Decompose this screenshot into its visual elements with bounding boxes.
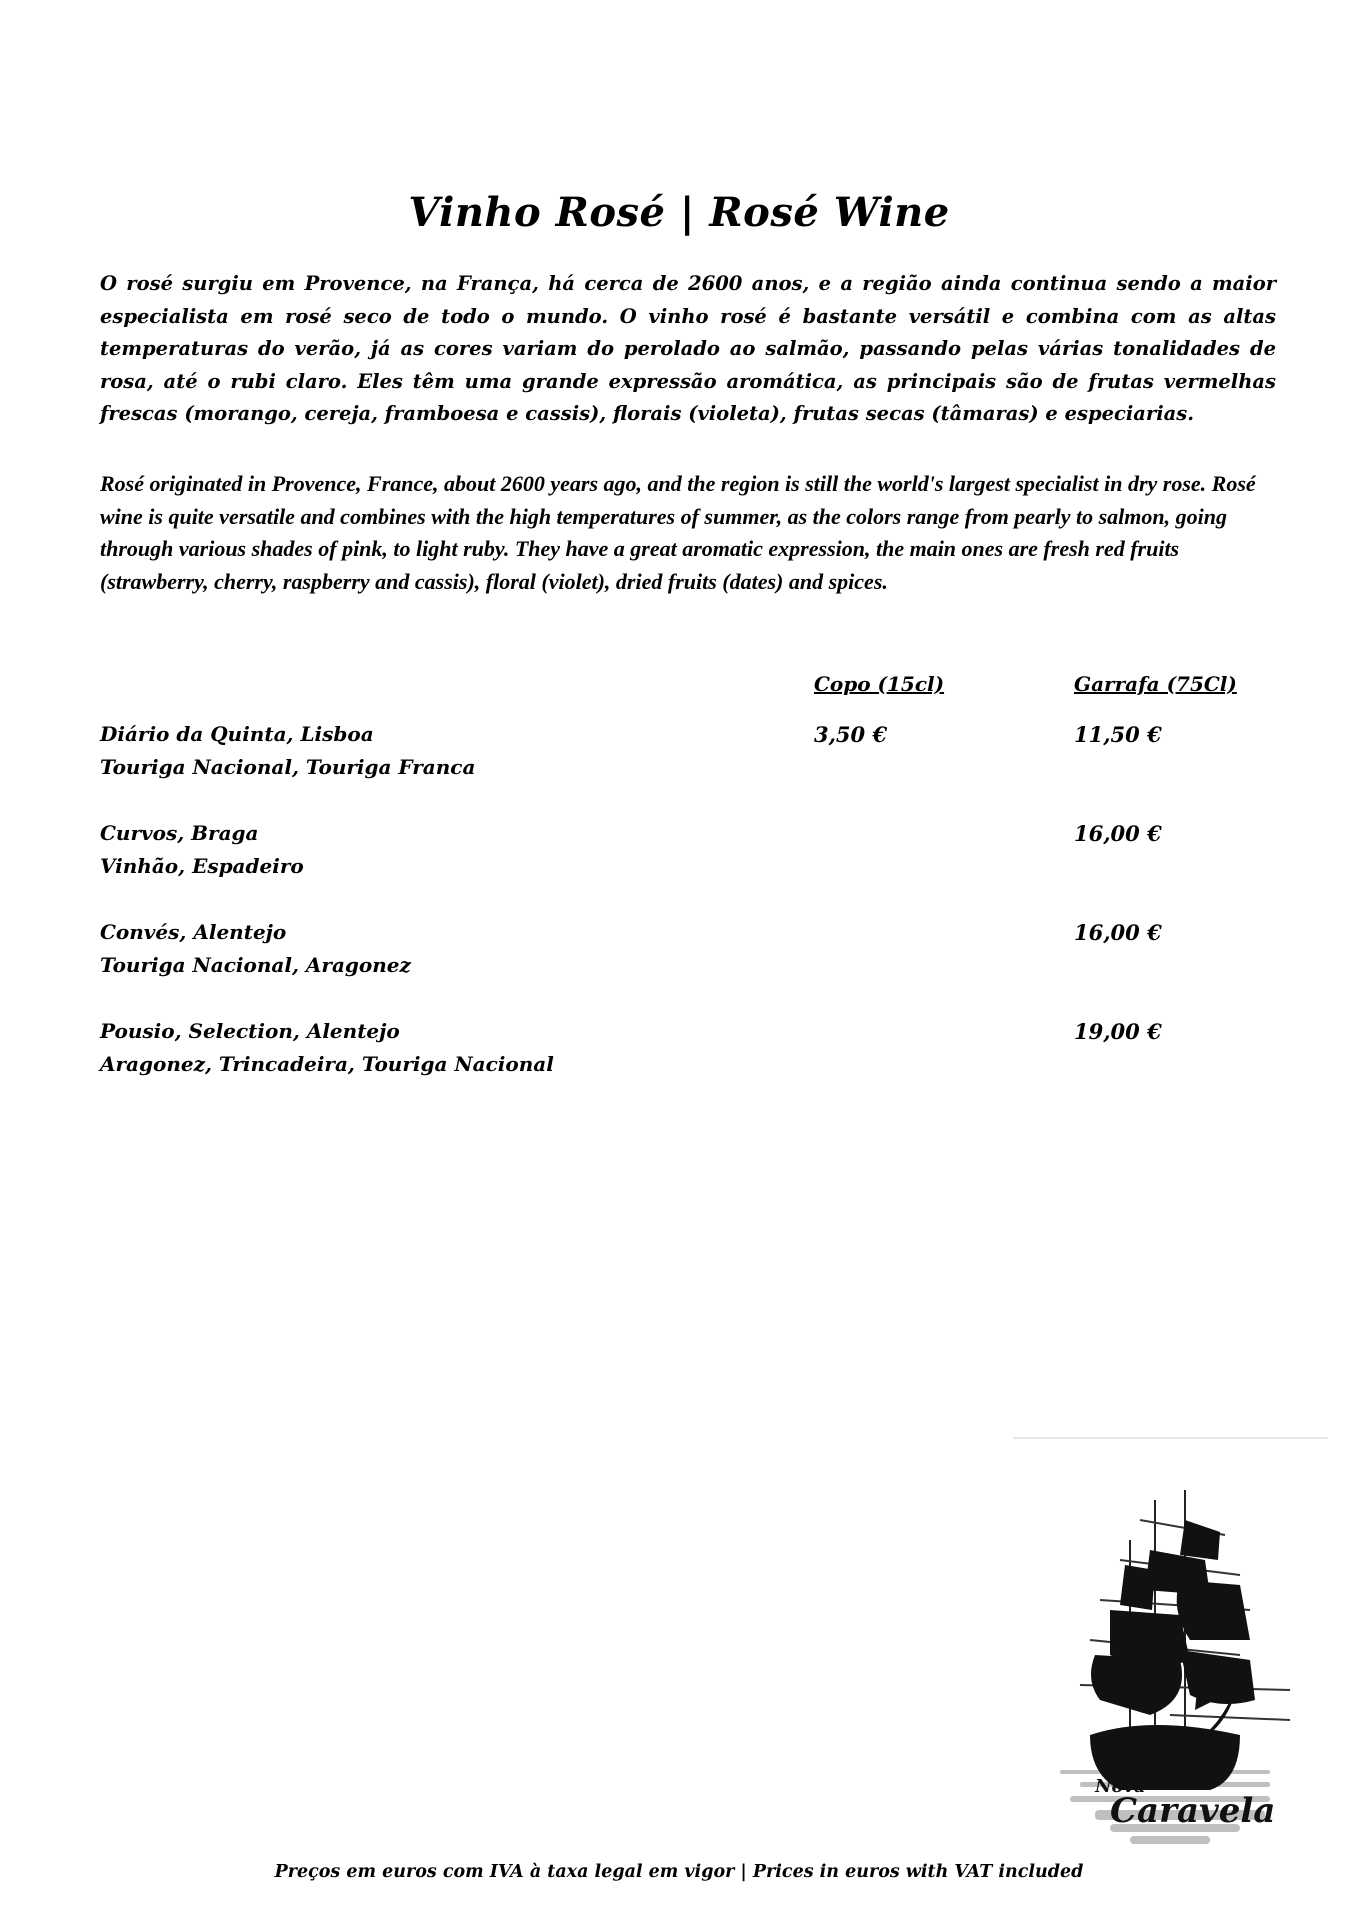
wine-name: Diário da Quinta, Lisboa	[100, 718, 800, 751]
column-header-glass: Copo (15cl)	[814, 672, 944, 696]
column-header-bottle: Garrafa (75Cl)	[1074, 672, 1237, 696]
divider	[1013, 1437, 1328, 1439]
bottle-price: 19,00 €	[1074, 1015, 1162, 1048]
glass-price: 3,50 €	[814, 718, 887, 751]
wine-grapes: Vinhão, Espadeiro	[100, 850, 800, 883]
intro-english: Rosé originated in Provence, France, abo…	[100, 468, 1276, 598]
nova-caravela-logo: Nova Caravela	[1040, 1460, 1300, 1860]
wine-name: Curvos, Braga	[100, 817, 800, 850]
wine-item: Convés, Alentejo Touriga Nacional, Arago…	[100, 916, 800, 982]
wine-grapes: Touriga Nacional, Aragonez	[100, 949, 800, 982]
wine-grapes: Aragonez, Trincadeira, Touriga Nacional	[100, 1048, 800, 1081]
wine-item: Pousio, Selection, Alentejo Aragonez, Tr…	[100, 1015, 800, 1081]
wine-item: Diário da Quinta, Lisboa Touriga Naciona…	[100, 718, 800, 784]
bottle-price: 16,00 €	[1074, 916, 1162, 949]
logo-text-caravela: Caravela	[1110, 1791, 1275, 1831]
ship-icon: Nova Caravela	[1040, 1460, 1300, 1860]
wine-name: Pousio, Selection, Alentejo	[100, 1015, 800, 1048]
wine-name: Convés, Alentejo	[100, 916, 800, 949]
bottle-price: 16,00 €	[1074, 817, 1162, 850]
footer-note: Preços em euros com IVA à taxa legal em …	[0, 1862, 1358, 1882]
bottle-price: 11,50 €	[1074, 718, 1162, 751]
intro-portuguese: O rosé surgiu em Provence, na França, há…	[100, 268, 1276, 431]
wine-item: Curvos, Braga Vinhão, Espadeiro	[100, 817, 800, 883]
wine-grapes: Touriga Nacional, Touriga Franca	[100, 751, 800, 784]
page-title: Vinho Rosé | Rosé Wine	[0, 189, 1358, 236]
